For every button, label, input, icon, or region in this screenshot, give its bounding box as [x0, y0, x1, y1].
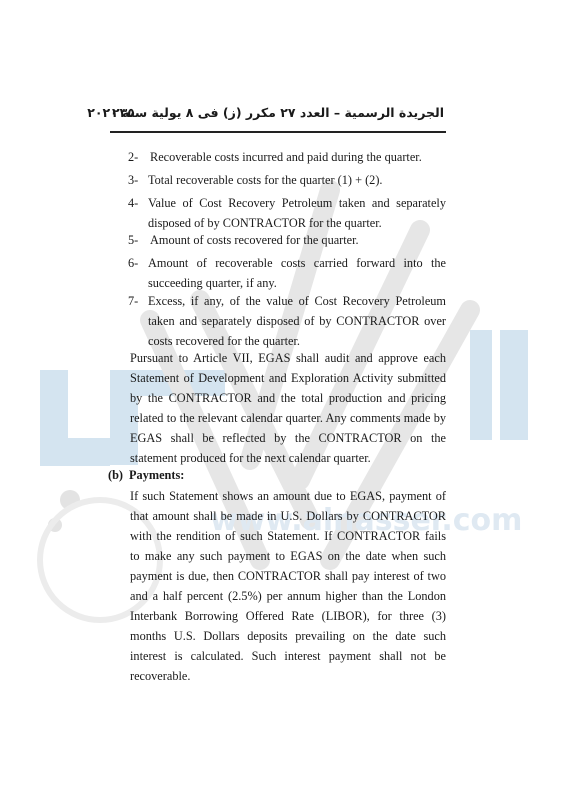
item-text: Value of Cost Recovery Petroleum taken a…	[148, 193, 446, 233]
section-heading: Payments:	[129, 468, 184, 482]
item-number: 2-	[128, 147, 138, 167]
item-text: Excess, if any, of the value of Cost Rec…	[148, 291, 446, 351]
item-number: 3-	[128, 170, 138, 190]
item-number: 7-	[128, 291, 138, 311]
gazette-title: الجريدة الرسمية – العدد ٢٧ مكرر (ز) فى ٨…	[87, 105, 444, 120]
item-text: Amount of costs recovered for the quarte…	[150, 230, 448, 250]
section-label: (b)	[108, 468, 123, 482]
item-number: 4-	[128, 193, 138, 213]
item-number: 6-	[128, 253, 138, 273]
page-header: الجريدة الرسمية – العدد ٢٧ مكرر (ز) فى ٨…	[112, 103, 444, 125]
item-number: 5-	[128, 230, 138, 250]
item-text: Total recoverable costs for the quarter …	[148, 170, 446, 190]
item-text: Amount of recoverable costs carried forw…	[148, 253, 446, 293]
payments-paragraph: If such Statement shows an amount due to…	[130, 486, 446, 686]
section-b-heading: (b)Payments:	[108, 465, 184, 485]
header-rule	[110, 131, 446, 133]
page-number: ٢٣٥	[112, 105, 135, 120]
audit-paragraph: Pursuant to Article VII, EGAS shall audi…	[130, 348, 446, 468]
item-text: Recoverable costs incurred and paid duri…	[150, 147, 448, 167]
